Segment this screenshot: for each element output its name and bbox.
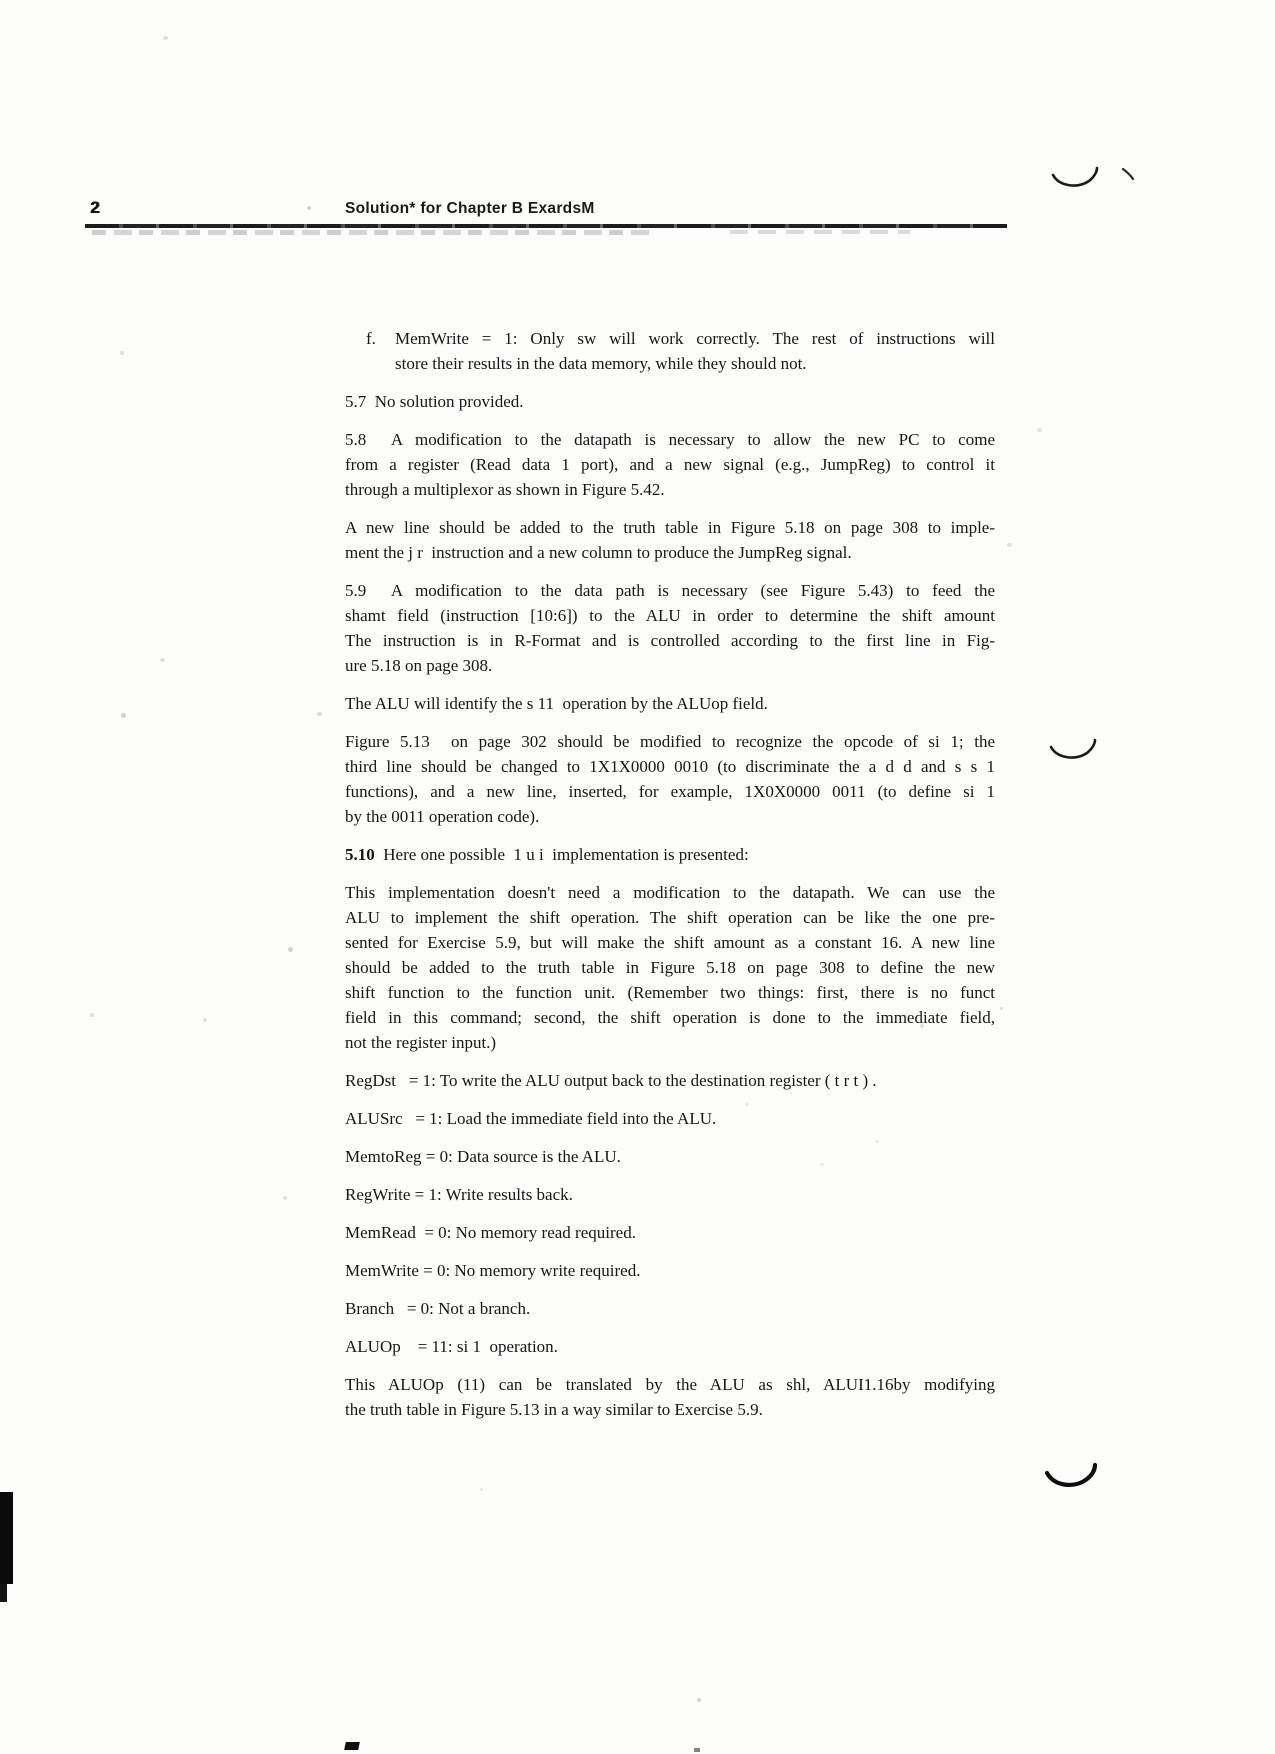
paragraph-5-7: 5.7 No solution provided.	[345, 389, 995, 414]
header-rule-smear	[92, 230, 652, 235]
list-item-f: f.MemWrite = 1: Only sw will work correc…	[345, 326, 995, 376]
scan-speck	[160, 658, 165, 662]
list-item-marker: f.	[366, 326, 395, 376]
scan-speck	[121, 713, 126, 718]
scan-speck	[697, 1698, 701, 1702]
text-line: ALU to implement the shift operation. Th…	[345, 905, 995, 930]
scan-speck	[317, 712, 322, 716]
text-line: 5.9 A modification to the data path is n…	[345, 578, 995, 603]
signal-branch: Branch = 0: Not a branch.	[345, 1296, 995, 1321]
scan-speck	[288, 947, 293, 952]
text-line: ALUSrc = 1: Load the immediate field int…	[345, 1106, 995, 1131]
scan-artifact-bottom-mark	[344, 1742, 360, 1750]
signal-regdst: RegDst = 1: To write the ALU output back…	[345, 1068, 995, 1093]
scan-speck	[820, 1163, 824, 1166]
text-line: The instruction is in R-Format and is co…	[345, 628, 995, 653]
signal-alusrc: ALUSrc = 1: Load the immediate field int…	[345, 1106, 995, 1131]
paragraph-figure-5-13: Figure 5.13 on page 302 should be modifi…	[345, 729, 995, 829]
pen-tick-mark-top	[1120, 166, 1138, 182]
scan-speck	[90, 1013, 94, 1017]
scan-speck	[203, 1018, 207, 1022]
text-line: functions), and a new line, inserted, fo…	[345, 779, 995, 804]
text-line: Figure 5.13 on page 302 should be modifi…	[345, 729, 995, 754]
text-line: This ALUOp (11) can be translated by the…	[345, 1372, 995, 1397]
text-line: MemWrite = 1: Only sw will work correctl…	[395, 326, 995, 351]
signal-memwrite: MemWrite = 0: No memory write required.	[345, 1258, 995, 1283]
text-line: shift function to the function unit. (Re…	[345, 980, 995, 1005]
scan-speck	[1037, 428, 1042, 432]
text-line: field in this command; second, the shift…	[345, 1005, 995, 1030]
pen-swoosh-mark-top	[1050, 166, 1102, 194]
paragraph-implementation: This implementation doesn't need a modif…	[345, 880, 995, 1055]
scan-speck	[875, 1140, 879, 1143]
text-line: MemWrite = 0: No memory write required.	[345, 1258, 995, 1283]
text-line: sented for Exercise 5.9, but will make t…	[345, 930, 995, 955]
text-line: ure 5.18 on page 308.	[345, 653, 995, 678]
signal-regwrite: RegWrite = 1: Write results back.	[345, 1182, 995, 1207]
text-line: 5.8 A modification to the datapath is ne…	[345, 427, 995, 452]
text-line: Branch = 0: Not a branch.	[345, 1296, 995, 1321]
pen-swoosh-mark-bottom	[1044, 1462, 1100, 1494]
page-number: 2	[90, 198, 99, 218]
text-line: should be added to the truth table in Fi…	[345, 955, 995, 980]
scan-artifact-left-bar	[0, 1492, 13, 1584]
text-line: ALUOp = 11: si 1 operation.	[345, 1334, 995, 1359]
document-body: f.MemWrite = 1: Only sw will work correc…	[345, 326, 995, 1435]
text-line: A new line should be added to the truth …	[345, 515, 995, 540]
text-line: not the register input.)	[345, 1030, 995, 1055]
header-rule-smear	[730, 230, 910, 234]
signal-memread: MemRead = 0: No memory read required.	[345, 1220, 995, 1245]
scan-artifact-left-bar-tail	[0, 1584, 7, 1602]
text-line: 5.7 No solution provided.	[345, 389, 995, 414]
paragraph-5-9: 5.9 A modification to the data path is n…	[345, 578, 995, 678]
paragraph-alu-identify: The ALU will identify the s 11 operation…	[345, 691, 995, 716]
text-line: MemRead = 0: No memory read required.	[345, 1220, 995, 1245]
header-rule	[85, 224, 1007, 228]
signal-memtoreg: MemtoReg = 0: Data source is the ALU.	[345, 1144, 995, 1169]
scan-speck	[920, 1024, 924, 1028]
text-line: The ALU will identify the s 11 operation…	[345, 691, 995, 716]
exercise-number: 5.10	[345, 845, 375, 864]
page-header: 2 Solution* for Chapter B ExardsM	[88, 196, 1008, 222]
scanned-page: 2 Solution* for Chapter B ExardsM f.MemW…	[0, 0, 1275, 1754]
text-line: This implementation doesn't need a modif…	[345, 880, 995, 905]
scan-speck	[307, 206, 311, 210]
scan-speck	[1000, 1007, 1003, 1010]
text-line: from a register (Read data 1 port), and …	[345, 452, 995, 477]
text-line: ment the j r instruction and a new colum…	[345, 540, 995, 565]
text-line: store their results in the data memory, …	[395, 351, 995, 376]
signal-aluop: ALUOp = 11: si 1 operation.	[345, 1334, 995, 1359]
running-header-title: Solution* for Chapter B ExardsM	[345, 200, 595, 218]
text-line: 5.10 Here one possible 1 u i implementat…	[345, 842, 995, 867]
text-line: the truth table in Figure 5.13 in a way …	[345, 1397, 995, 1422]
scan-speck	[120, 351, 124, 355]
text-line: RegWrite = 1: Write results back.	[345, 1182, 995, 1207]
text-line: through a multiplexor as shown in Figure…	[345, 477, 995, 502]
text-line: RegDst = 1: To write the ALU output back…	[345, 1068, 995, 1093]
scan-speck	[745, 1103, 749, 1106]
scan-speck	[163, 36, 168, 40]
paragraph-5-10: 5.10 Here one possible 1 u i implementat…	[345, 842, 995, 867]
scan-speck	[1007, 543, 1012, 547]
pen-swoosh-mark-middle	[1048, 738, 1100, 766]
text-line: third line should be changed to 1X1X0000…	[345, 754, 995, 779]
text-line: by the 0011 operation code).	[345, 804, 995, 829]
scan-speck	[283, 1196, 287, 1200]
paragraph-aluop-translated: This ALUOp (11) can be translated by the…	[345, 1372, 995, 1422]
paragraph-new-line-truth-table: A new line should be added to the truth …	[345, 515, 995, 565]
scan-speck	[480, 1488, 483, 1491]
scan-artifact-bottom-dot	[694, 1748, 700, 1752]
text-line: MemtoReg = 0: Data source is the ALU.	[345, 1144, 995, 1169]
paragraph-5-8: 5.8 A modification to the datapath is ne…	[345, 427, 995, 502]
text-line: shamt field (instruction [10:6]) to the …	[345, 603, 995, 628]
